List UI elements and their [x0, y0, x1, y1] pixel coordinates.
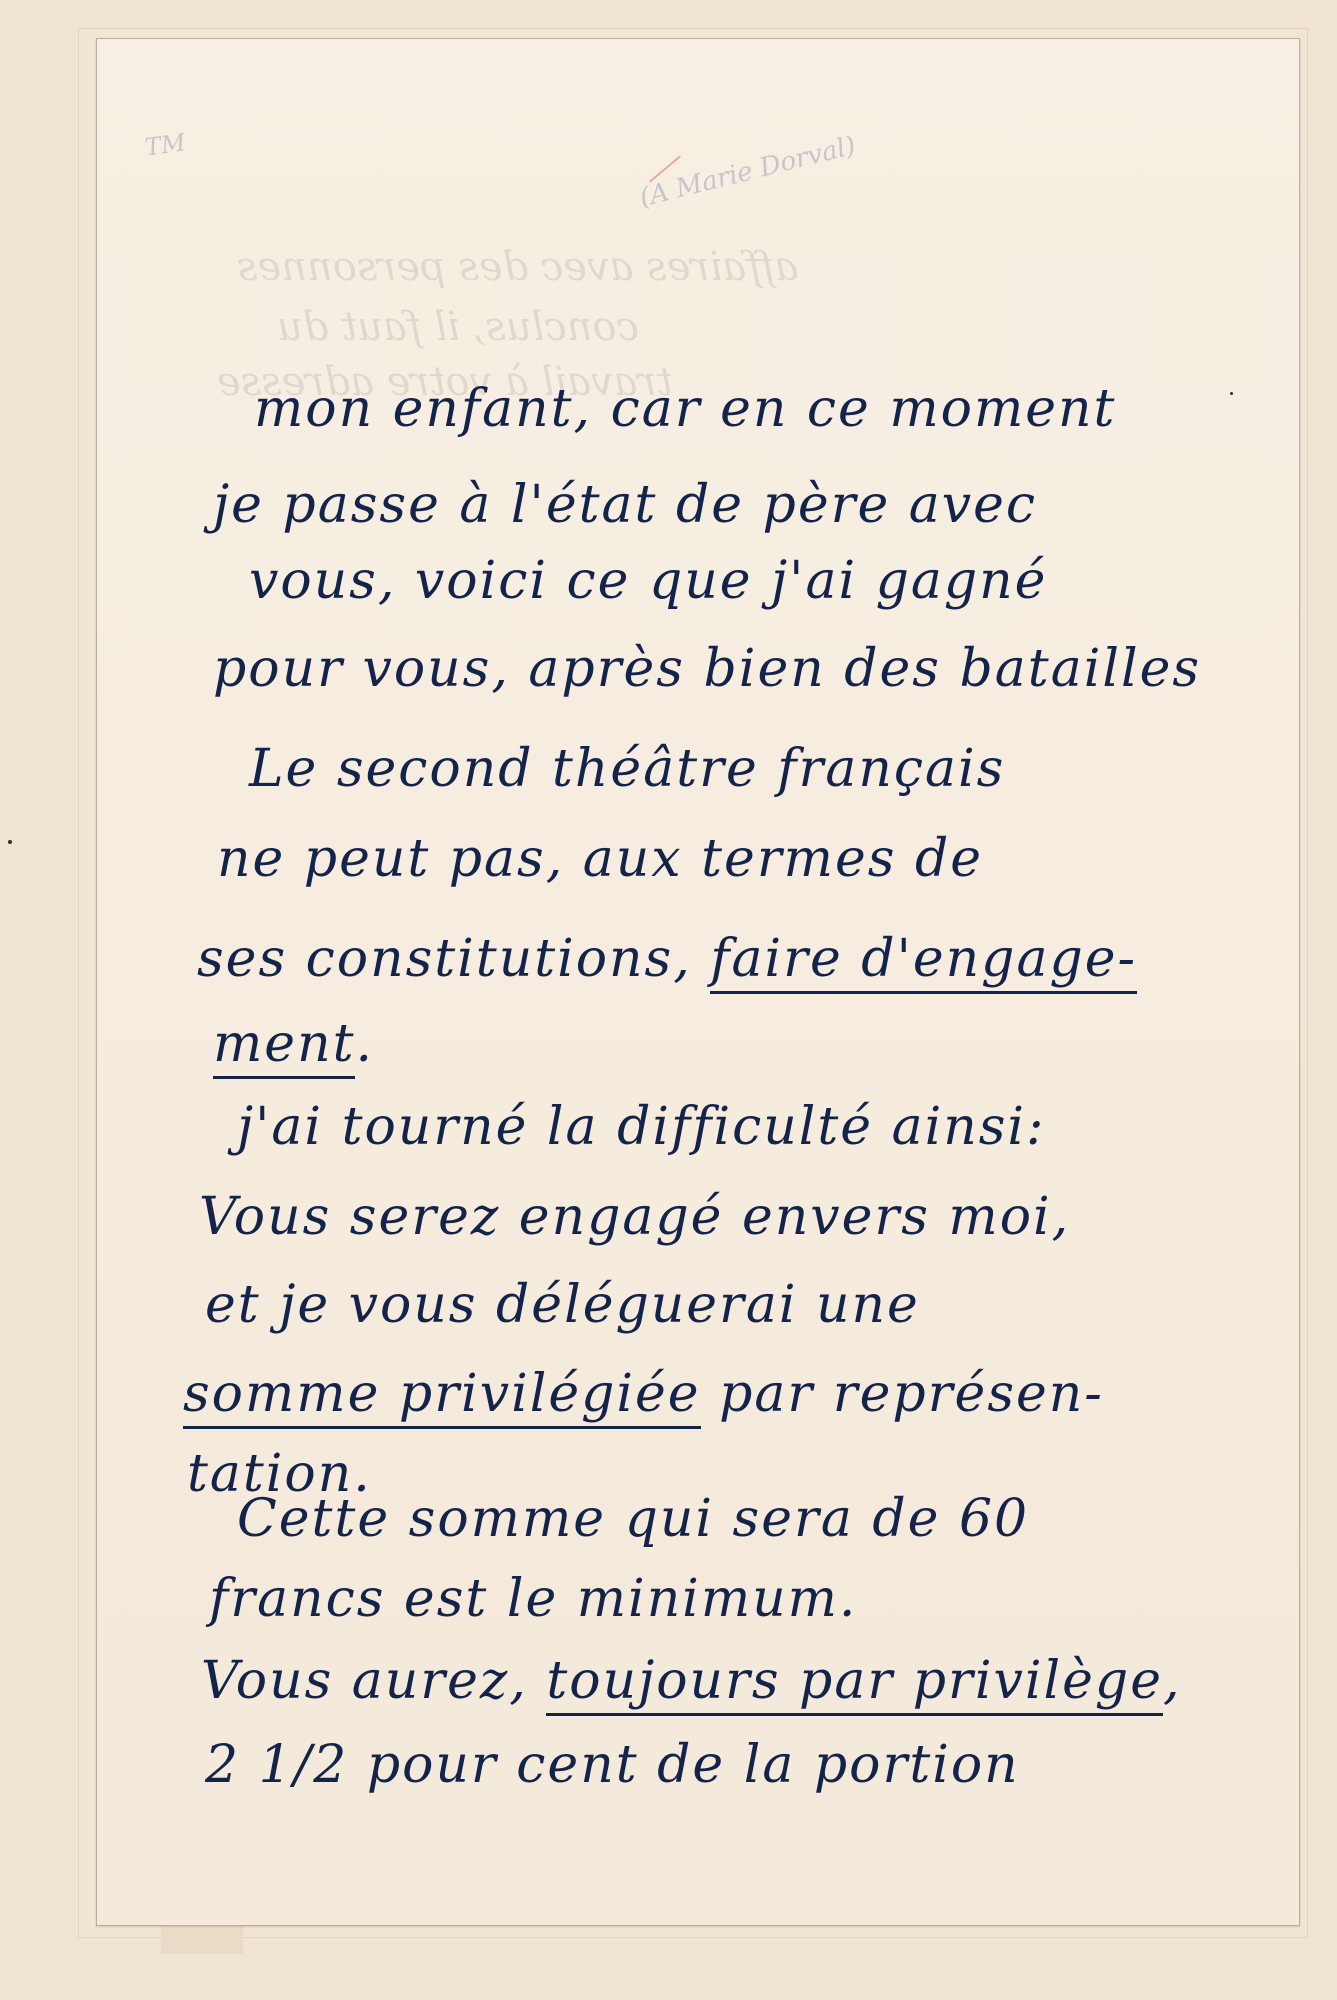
line-text: par représen-	[701, 1364, 1104, 1424]
letter-line-16: Vous aurez, toujours par privilège,	[201, 1651, 1182, 1711]
letter-line-4: pour vous, après bien des batailles	[213, 639, 1201, 699]
line-text: ,	[1163, 1651, 1182, 1711]
underlined-text: ment	[213, 1014, 355, 1079]
letter-line-9: j'ai tourné la difficulté ainsi:	[237, 1097, 1046, 1157]
letter-line-12: somme privilégiée par représen-	[183, 1364, 1104, 1424]
letter-line-3: vous, voici ce que j'ai gagné	[249, 551, 1047, 611]
line-text: ses constitutions,	[197, 929, 710, 989]
line-text: .	[355, 1014, 374, 1074]
underlined-text: somme privilégiée	[183, 1364, 701, 1429]
letter-line-14: Cette somme qui sera de 60	[237, 1489, 1029, 1549]
letter-line-7: ses constitutions, faire d'engage-	[197, 929, 1137, 989]
underlined-text: toujours par privilège	[546, 1651, 1163, 1716]
letter-line-6: ne peut pas, aux termes de	[217, 829, 983, 889]
letter-sheet: TM (A Marie Dorval) affaires avec des pe…	[96, 38, 1300, 1926]
letter-line-2: je passe à l'état de père avec	[213, 475, 1037, 535]
underlined-text: faire d'engage-	[710, 929, 1137, 994]
bleed-through-text: conclus, il faut du	[277, 304, 639, 350]
line-text: Vous aurez,	[201, 1651, 546, 1711]
letter-line-1: mon enfant, car en ce moment	[254, 379, 1116, 439]
letter-line-11: et je vous déléguerai une	[205, 1275, 920, 1335]
letter-line-10: Vous serez engagé envers moi,	[199, 1187, 1070, 1247]
paper-speck	[8, 840, 12, 844]
letter-line-5: Le second théâtre français	[249, 739, 1005, 799]
paper-speck	[1230, 392, 1233, 395]
letter-line-17: 2 1/2 pour cent de la portion	[205, 1735, 1020, 1795]
letter-line-15: francs est le minimum.	[209, 1569, 857, 1629]
mount-hinge	[161, 1924, 243, 1954]
bleed-through-text: affaires avec des personnes	[237, 244, 798, 290]
pencil-annotation: (A Marie Dorval)	[637, 131, 859, 214]
letter-line-8: ment.	[213, 1014, 374, 1074]
pencil-mark: TM	[143, 128, 187, 161]
